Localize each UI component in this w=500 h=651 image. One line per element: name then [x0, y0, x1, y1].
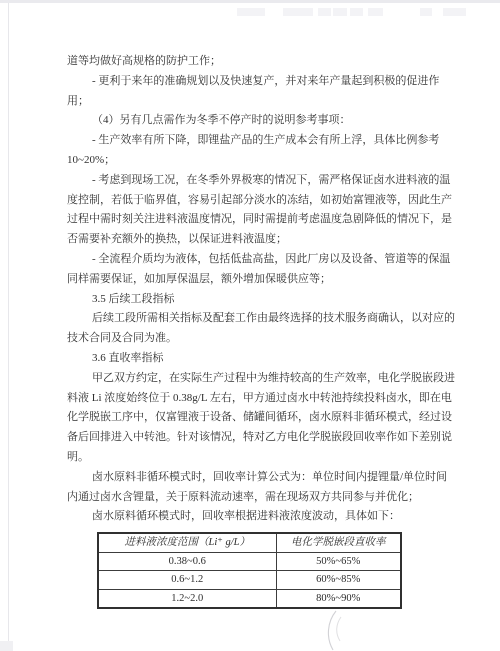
section-heading: 3.5 后续工段指标 — [67, 290, 438, 310]
table-cell: 0.6~1.2 — [98, 571, 276, 590]
text-line: 用； — [67, 92, 438, 112]
scan-artifact-top-strip — [0, 0, 500, 3]
text-line: 明。 — [67, 448, 438, 468]
text-line: 10~20%； — [67, 151, 438, 171]
text-line: 料液 Li 浓度始终位于 0.38g/L 左右，甲方通过卤水中转池持续投料卤水，… — [67, 389, 438, 409]
scan-artifact-page-edge — [8, 3, 9, 651]
text-line: 卤水原料非循环模式时，回收率计算公式为：单位时间内提锂量/单位时间 — [67, 468, 438, 488]
text-line: 后续工段所需相关指标及配套工作由最终选择的技术服务商确认，以对应的 — [67, 309, 438, 329]
table-cell: 0.38~0.6 — [98, 552, 276, 571]
table-cell: 60%~85% — [276, 571, 401, 590]
text-line: 卤水原料循环模式时，回收率根据进料液浓度波动，具体如下： — [67, 507, 438, 527]
scan-artifact-pen-mark — [300, 610, 360, 651]
table-row: 0.6~1.260%~85% — [98, 571, 401, 590]
recovery-rate-table: 进料液浓度范围（Li⁺ g/L）电化学脱嵌段直收率 0.38~0.650%~65… — [97, 532, 402, 609]
text-line: - 全流程介质均为液体，包括低盐高盐，因此厂房以及设备、管道等的保温 — [67, 250, 438, 270]
text-line: - 生产效率有所下降，即锂盐产品的生产成本会有所上浮，具体比例参考 — [67, 131, 438, 151]
document-body: 道等均做好高规格的防护工作；- 更利于来年的准确规划以及快速复产，并对来年产量起… — [67, 52, 438, 527]
scan-artifact-corner — [0, 641, 13, 651]
table-header-cell: 进料液浓度范围（Li⁺ g/L） — [98, 533, 276, 552]
text-line: 内通过卤水含锂量，关于原料流动速率，需在现场双方共同参与并优化； — [67, 488, 438, 508]
table-cell: 80%~90% — [276, 589, 401, 608]
table-header-cell: 电化学脱嵌段直收率 — [276, 533, 401, 552]
text-line: 备后回排进入中转池。针对该情况，特对乙方电化学脱嵌段回收率作如下差别说 — [67, 428, 438, 448]
table-cell: 50%~65% — [276, 552, 401, 571]
text-line: - 考虑到现场工况，在冬季外界极寒的情况下，需严格保证卤水进料液的温 — [67, 171, 438, 191]
table-row: 0.38~0.650%~65% — [98, 552, 401, 571]
text-line: 甲乙双方约定，在实际生产过程中为维持较高的生产效率，电化学脱嵌段进 — [67, 369, 438, 389]
text-line: 同样需要保证，如加厚保温层，额外增加保暖供应等； — [67, 270, 438, 290]
section-heading: 3.6 直收率指标 — [67, 349, 438, 369]
text-line: 度控制，若低于临界值，容易引起部分淡水的冻结，如初始富锂液等，因此生产 — [67, 191, 438, 211]
scanned-document-page: 道等均做好高规格的防护工作；- 更利于来年的准确规划以及快速复产，并对来年产量起… — [0, 0, 500, 651]
table-row: 1.2~2.080%~90% — [98, 589, 401, 608]
text-line: 过程中需时刻关注进料液温度情况，同时需提前考虑温度急剧降低的情况下，是 — [67, 210, 438, 230]
text-line: - 更利于来年的准确规划以及快速复产，并对来年产量起到积极的促进作 — [67, 72, 438, 92]
text-line: 否需要补充额外的换热，以保证进料液温度； — [67, 230, 438, 250]
table-header-row: 进料液浓度范围（Li⁺ g/L）电化学脱嵌段直收率 — [98, 533, 401, 552]
text-line: 技术合同及合同为准。 — [67, 329, 438, 349]
text-line: 化学脱嵌工序中，仅富锂液于设备、储罐间循环，卤水原料非循环模式，经过设 — [67, 408, 438, 428]
text-line: （4）另有几点需作为冬季不停产时的说明参考事项： — [67, 111, 438, 131]
text-line: 道等均做好高规格的防护工作； — [67, 52, 438, 72]
table-cell: 1.2~2.0 — [98, 589, 276, 608]
table-body: 0.38~0.650%~65%0.6~1.260%~85%1.2~2.080%~… — [98, 552, 401, 608]
